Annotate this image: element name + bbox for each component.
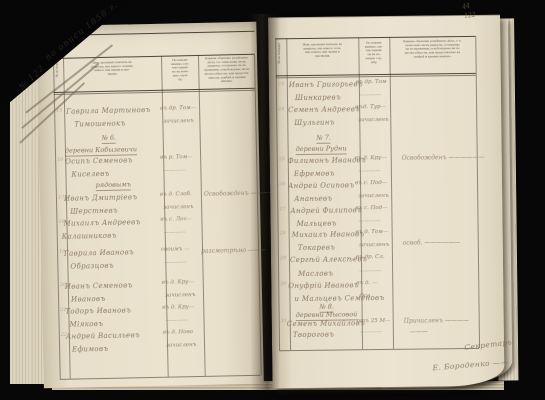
overlay: по описи 1858 г.№ 122 <box>0 0 545 400</box>
book-scan: Имя, прозваніе взятыхъ въ рекруты, изъ к… <box>0 0 545 400</box>
gutter-shadow <box>250 14 280 390</box>
